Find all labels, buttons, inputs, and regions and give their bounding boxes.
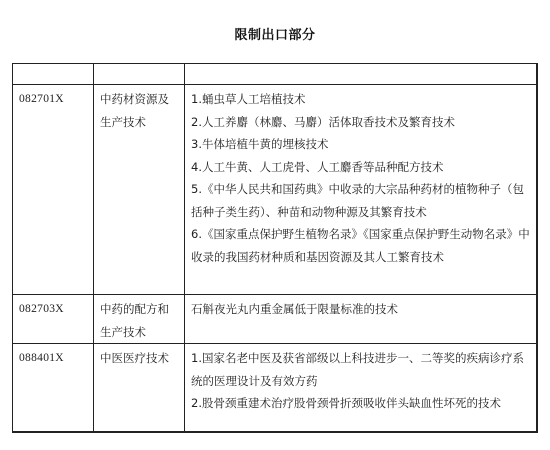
tech-code: 088401X (13, 344, 94, 433)
table-row: 082701X 中药材资源及生产技术 1.蛹虫草人工培植技术 2.人工养麝（林麝… (13, 85, 538, 295)
tech-items: 1.国家名老中医及获省部级以上科技进步一、二等奖的疾病诊疗系统的医理设计及有效方… (185, 344, 538, 433)
tech-category: 中医医疗技术 (94, 344, 185, 433)
restricted-export-table: 082701X 中药材资源及生产技术 1.蛹虫草人工培植技术 2.人工养麝（林麝… (12, 63, 538, 433)
header-cell-code (13, 64, 94, 85)
tech-items: 石斛夜光丸内重金属低于限量标准的技术 (185, 295, 538, 344)
table-row: 082703X 中药的配方和生产技术 石斛夜光丸内重金属低于限量标准的技术 (13, 295, 538, 344)
tech-item: 1.蛹虫草人工培植技术 (191, 88, 531, 111)
header-cell-content (185, 64, 538, 85)
tech-item: 2.股骨颈重建术治疗股骨颈骨折颈吸收伴头缺血性坏死的技术 (191, 392, 531, 415)
page-title: 限制出口部分 (0, 24, 550, 43)
tech-item: 1.国家名老中医及获省部级以上科技进步一、二等奖的疾病诊疗系统的医理设计及有效方… (191, 347, 531, 392)
tech-code: 082703X (13, 295, 94, 344)
tech-item: 4.人工牛黄、人工虎骨、人工麝香等品种配方技术 (191, 156, 531, 179)
tech-code: 082701X (13, 85, 94, 295)
tech-item: 5.《中华人民共和国药典》中收录的大宗品种药材的植物种子（包括种子类生药）、种苗… (191, 178, 531, 223)
tech-item: 石斛夜光丸内重金属低于限量标准的技术 (191, 298, 531, 321)
tech-item: 2.人工养麝（林麝、马麝）活体取香技术及繁育技术 (191, 111, 531, 134)
tech-category: 中药材资源及生产技术 (94, 85, 185, 295)
tech-category: 中药的配方和生产技术 (94, 295, 185, 344)
table-header-row (13, 64, 538, 85)
tech-items: 1.蛹虫草人工培植技术 2.人工养麝（林麝、马麝）活体取香技术及繁育技术 3.牛… (185, 85, 538, 295)
header-cell-category (94, 64, 185, 85)
tech-item: 6.《国家重点保护野生植物名录》《国家重点保护野生动物名录》中收录的我国药材种质… (191, 223, 531, 268)
tech-item: 3.牛体培植牛黄的埋核技术 (191, 133, 531, 156)
table-row: 088401X 中医医疗技术 1.国家名老中医及获省部级以上科技进步一、二等奖的… (13, 344, 538, 433)
